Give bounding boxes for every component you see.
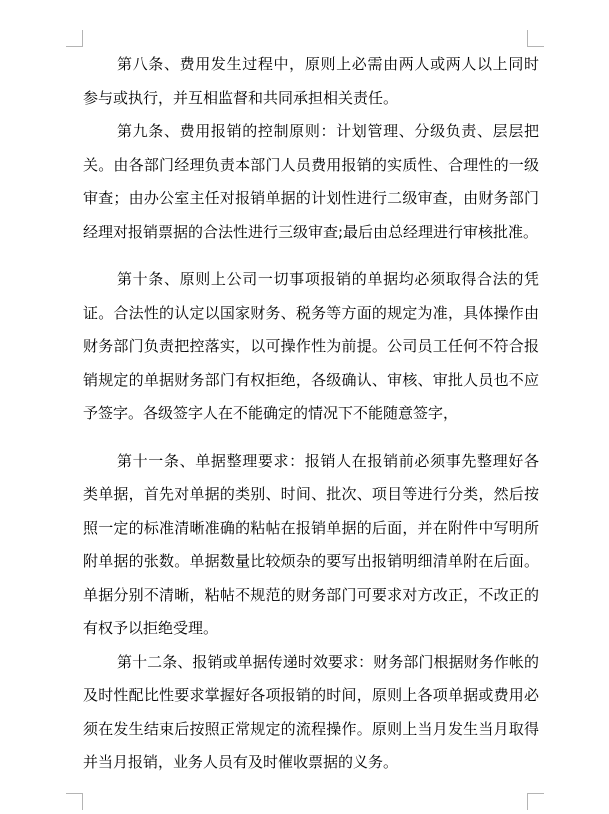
paragraph-article-8: 第八条、费用发生过程中，原则上必需由两人或两人以上同时参与或执行，并互相监督和共… bbox=[83, 48, 539, 115]
text-line: 附单据的张数。单据数量比较烦杂的要写出报销明细清单附在后面。 bbox=[83, 545, 539, 579]
crop-mark-bottom-right-icon bbox=[527, 793, 544, 810]
document-page: 第八条、费用发生过程中，原则上必需由两人或两人以上同时参与或执行，并互相监督和共… bbox=[0, 0, 609, 814]
text-line: 第十条、原则上公司一切事项报销的单据均必须取得合法的凭 bbox=[83, 263, 539, 297]
text-line: 第九条、费用报销的控制原则：计划管理、分级负责、层层把 bbox=[83, 115, 539, 149]
text-line: 及时性配比性要求掌握好各项报销的时间，原则上各项单据或费用必 bbox=[83, 679, 539, 713]
text-line: 审查；由办公室主任对报销单据的计划性进行二级审查，由财务部门 bbox=[83, 182, 539, 216]
crop-mark-top-left-icon bbox=[66, 30, 83, 47]
paragraph-article-10: 第十条、原则上公司一切事项报销的单据均必须取得合法的凭证。合法性的认定以国家财务… bbox=[83, 263, 539, 431]
text-line: 第十二条、报销或单据传递时效要求：财务部门根据财务作帐的 bbox=[83, 646, 539, 680]
paragraph-article-11: 第十一条、单据整理要求：报销人在报销前必须事先整理好各类单据，首先对单据的类别、… bbox=[83, 445, 539, 646]
text-line: 关。由各部门经理负责本部门人员费用报销的实质性、合理性的一级 bbox=[83, 149, 539, 183]
text-line: 单据分别不清晰，粘帖不规范的财务部门可要求对方改正，不改正的 bbox=[83, 579, 539, 613]
text-line: 参与或执行，并互相监督和共同承担相关责任。 bbox=[83, 82, 539, 116]
text-line: 经理对报销票据的合法性进行三级审查;最后由总经理进行审核批准。 bbox=[83, 216, 539, 250]
text-line: 第八条、费用发生过程中，原则上必需由两人或两人以上同时 bbox=[83, 48, 539, 82]
text-line: 照一定的标准清晰准确的粘帖在报销单据的后面，并在附件中写明所 bbox=[83, 512, 539, 546]
text-line: 类单据，首先对单据的类别、时间、批次、项目等进行分类，然后按 bbox=[83, 478, 539, 512]
text-line: 有权予以拒绝受理。 bbox=[83, 612, 539, 646]
paragraph-article-12: 第十二条、报销或单据传递时效要求：财务部门根据财务作帐的及时性配比性要求掌握好各… bbox=[83, 646, 539, 780]
text-line: 销规定的单据财务部门有权拒绝，各级确认、审核、审批人员也不应 bbox=[83, 364, 539, 398]
text-line: 证。合法性的认定以国家财务、税务等方面的规定为准，具体操作由 bbox=[83, 297, 539, 331]
crop-mark-top-right-icon bbox=[527, 30, 544, 47]
text-line: 予签字。各级签字人在不能确定的情况下不能随意签字， bbox=[83, 397, 539, 431]
text-line: 须在发生结束后按照正常规定的流程操作。原则上当月发生当月取得 bbox=[83, 713, 539, 747]
text-line: 第十一条、单据整理要求：报销人在报销前必须事先整理好各 bbox=[83, 445, 539, 479]
text-line: 财务部门负责把控落实，以可操作性为前提。公司员工任何不符合报 bbox=[83, 330, 539, 364]
document-body: 第八条、费用发生过程中，原则上必需由两人或两人以上同时参与或执行，并互相监督和共… bbox=[83, 48, 539, 780]
paragraph-article-9: 第九条、费用报销的控制原则：计划管理、分级负责、层层把关。由各部门经理负责本部门… bbox=[83, 115, 539, 249]
crop-mark-bottom-left-icon bbox=[66, 793, 83, 810]
text-line: 并当月报销，业务人员有及时催收票据的义务。 bbox=[83, 746, 539, 780]
